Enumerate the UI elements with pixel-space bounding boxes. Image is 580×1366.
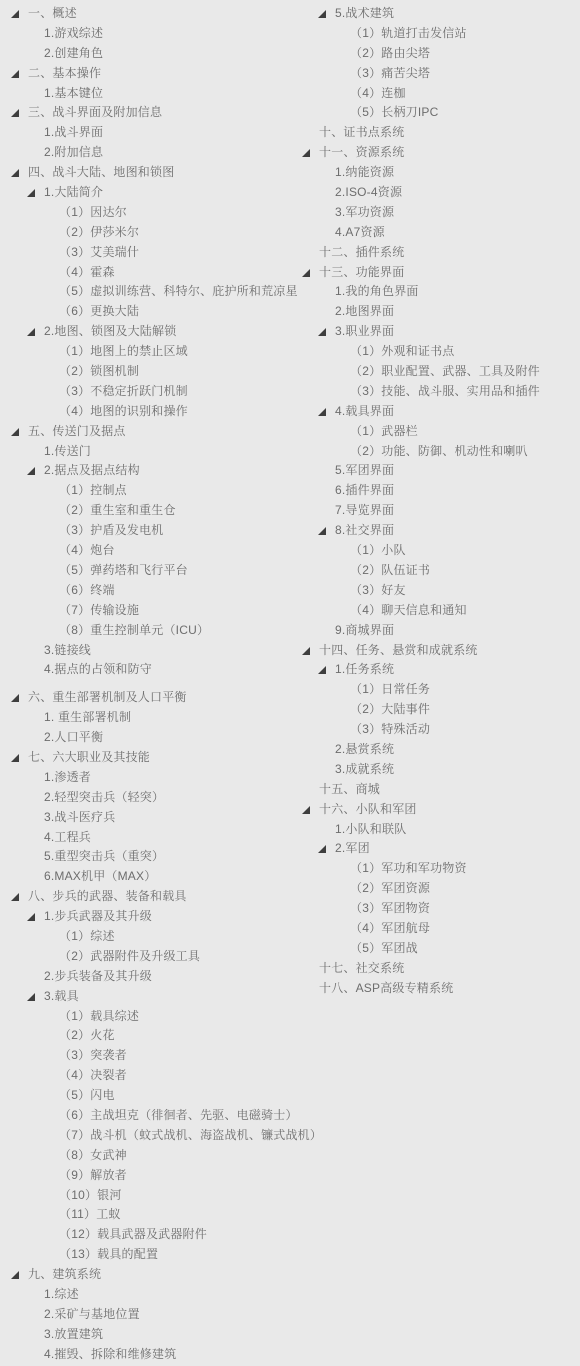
- tree-item[interactable]: 1.步兵武器及其升级: [0, 907, 322, 927]
- tree-item-label: （1）综述: [59, 929, 115, 943]
- tree-item-label: 十、证书点系统: [319, 125, 404, 139]
- tree-item[interactable]: 4.摧毁、拆除和维修建筑: [0, 1345, 322, 1365]
- expanded-triangle-icon[interactable]: [11, 694, 19, 702]
- tree-item[interactable]: 2.据点及据点结构: [0, 461, 322, 481]
- expanded-triangle-icon[interactable]: [27, 189, 35, 197]
- tree-item[interactable]: 3.成就系统: [291, 760, 540, 780]
- expanded-triangle-icon[interactable]: [318, 408, 326, 416]
- tree-item-label: （9）解放者: [59, 1168, 127, 1182]
- tree-item[interactable]: 1.综述: [0, 1285, 322, 1305]
- tree-item[interactable]: 3.载具: [0, 987, 322, 1007]
- tree-item[interactable]: （11）工蚁: [0, 1205, 322, 1225]
- tree-item-label: （3）好友: [350, 583, 406, 597]
- tree-item-label: 2.军团: [335, 841, 370, 855]
- tree-item-label: （1）日常任务: [350, 682, 430, 696]
- tree-item-label: 2.地图界面: [335, 304, 394, 318]
- tree-item[interactable]: 1.传送门: [0, 442, 322, 462]
- tree-item-label: 1.任务系统: [335, 662, 394, 676]
- tree-item-label: （1）轨道打击发信站: [350, 26, 467, 40]
- tree-item[interactable]: （4）连枷: [291, 84, 540, 104]
- tree-item[interactable]: （4）地图的识别和操作: [0, 402, 322, 422]
- tree-item-label: 3.成就系统: [335, 762, 394, 776]
- expanded-triangle-icon[interactable]: [27, 913, 35, 921]
- tree-item[interactable]: （5）军团战: [291, 939, 540, 959]
- tree-item-label: 1.纳能资源: [335, 165, 394, 179]
- expanded-triangle-icon[interactable]: [318, 845, 326, 853]
- expanded-triangle-icon[interactable]: [11, 70, 19, 78]
- tree-item-label: （3）技能、战斗服、实用品和插件: [350, 384, 540, 398]
- tree-item[interactable]: 1.渗透者: [0, 768, 322, 788]
- tree-item[interactable]: （2）大陆事件: [291, 700, 540, 720]
- tree-item-label: （11）工蚁: [59, 1207, 121, 1221]
- tree-item[interactable]: 2.轻型突击兵（轻突）: [0, 788, 322, 808]
- tree-item[interactable]: 八、步兵的武器、装备和载具: [0, 887, 322, 907]
- tree-item-label: （1）载具综述: [59, 1009, 139, 1023]
- tree-item[interactable]: 2.采矿与基地位置: [0, 1305, 322, 1325]
- tree-item[interactable]: 2.ISO-4资源: [291, 183, 540, 203]
- tree-item-label: 七、六大职业及其技能: [28, 750, 150, 764]
- tree-item-label: （4）军团航母: [350, 921, 430, 935]
- tree-item-label: （2）火花: [59, 1028, 115, 1042]
- tree-item-label: （1）武器栏: [350, 424, 418, 438]
- tree-item-label: 2.悬赏系统: [335, 742, 394, 756]
- tree-item-label: 4.A7资源: [335, 225, 385, 239]
- tree-item-label: 2.地图、锁图及大陆解锁: [44, 324, 176, 338]
- tree-item[interactable]: 3.链接线: [0, 641, 322, 661]
- tree-item-label: 四、战斗大陆、地图和锁图: [28, 165, 174, 179]
- tree-item-label: 1.基本键位: [44, 86, 103, 100]
- tree-item[interactable]: 十一、资源系统: [291, 143, 540, 163]
- tree-item-label: 7.导览界面: [335, 503, 394, 517]
- tree-item[interactable]: 1. 重生部署机制: [0, 708, 322, 728]
- tree-item[interactable]: 2.步兵装备及其升级: [0, 967, 322, 987]
- tree-item[interactable]: （2）军团资源: [291, 879, 540, 899]
- tree-item-label: 2.附加信息: [44, 145, 103, 159]
- tree-item[interactable]: （1）日常任务: [291, 680, 540, 700]
- tree-item-label: 1.游戏综述: [44, 26, 103, 40]
- tree-item-label: （1）小队: [350, 543, 406, 557]
- tree-item-label: （1）军功和军功物资: [350, 861, 467, 875]
- tree-item[interactable]: （4）决裂者: [0, 1066, 322, 1086]
- tree-item-label: （2）武器附件及升级工具: [59, 949, 200, 963]
- tree-item-label: （2）功能、防御、机动性和喇叭: [350, 444, 528, 458]
- tree-item[interactable]: 5.重型突击兵（重突）: [0, 847, 322, 867]
- tree-item[interactable]: （3）护盾及发电机: [0, 521, 322, 541]
- tree-item[interactable]: 1.任务系统: [291, 660, 540, 680]
- tree-item[interactable]: 6.MAX机甲（MAX）: [0, 867, 322, 887]
- tree-item-label: （10）银河: [59, 1188, 122, 1202]
- expanded-triangle-icon[interactable]: [11, 1271, 19, 1279]
- tree-item[interactable]: 十五、商城: [291, 780, 540, 800]
- tree-item[interactable]: 7.导览界面: [291, 501, 540, 521]
- tree-item[interactable]: （3）不稳定折跃门机制: [0, 382, 322, 402]
- tree-item-label: （2）锁图机制: [59, 364, 139, 378]
- tree-item[interactable]: （7）战斗机（蚊式战机、海盗战机、镰式战机）: [0, 1126, 322, 1146]
- tree-item-label: （3）艾美瑞什: [59, 245, 139, 259]
- tree-item-label: （7）战斗机（蚊式战机、海盗战机、镰式战机）: [59, 1128, 322, 1142]
- tree-item[interactable]: 1.小队和联队: [291, 820, 540, 840]
- tree-item-label: 6.MAX机甲（MAX）: [44, 869, 156, 883]
- tree-item-label: 2.步兵装备及其升级: [44, 969, 152, 983]
- bookmarks-panel: 一、概述1.游戏综述2.创建角色二、基本操作1.基本键位三、战斗界面及附加信息1…: [0, 0, 580, 1366]
- tree-item[interactable]: （8）重生控制单元（ICU）: [0, 621, 322, 641]
- tree-item[interactable]: （2）火花: [0, 1026, 322, 1046]
- tree-item[interactable]: 十三、功能界面: [291, 263, 540, 283]
- expanded-triangle-icon[interactable]: [11, 10, 19, 18]
- tree-item[interactable]: （1）小队: [291, 541, 540, 561]
- tree-item[interactable]: （6）主战坦克（徘徊者、先驱、电磁骑士）: [0, 1106, 322, 1126]
- expanded-triangle-icon[interactable]: [318, 527, 326, 535]
- tree-item[interactable]: 十八、ASP高级专精系统: [291, 979, 540, 999]
- tree-item-label: 5.战术建筑: [335, 6, 394, 20]
- tree-item-label: 1. 重生部署机制: [44, 710, 131, 724]
- tree-item[interactable]: 5.战术建筑: [291, 4, 540, 24]
- tree-item[interactable]: 二、基本操作: [0, 64, 322, 84]
- tree-item[interactable]: （1）外观和证书点: [291, 342, 540, 362]
- tree-item[interactable]: 十四、任务、悬赏和成就系统: [291, 641, 540, 661]
- tree-item[interactable]: 一、概述: [0, 4, 322, 24]
- tree-item[interactable]: 十、证书点系统: [291, 123, 540, 143]
- tree-item[interactable]: （3）特殊活动: [291, 720, 540, 740]
- tree-item-label: 3.载具: [44, 989, 79, 1003]
- tree-item[interactable]: 九、建筑系统: [0, 1265, 322, 1285]
- tree-item[interactable]: 8.社交界面: [291, 521, 540, 541]
- tree-item[interactable]: （1）轨道打击发信站: [291, 24, 540, 44]
- tree-item-label: （2）大陆事件: [350, 702, 430, 716]
- toc-column-1: 一、概述1.游戏综述2.创建角色二、基本操作1.基本键位三、战斗界面及附加信息1…: [0, 4, 322, 1365]
- tree-item[interactable]: 五、传送门及据点: [0, 422, 322, 442]
- tree-item-label: （8）女武神: [59, 1148, 127, 1162]
- tree-item[interactable]: （13）载具的配置: [0, 1245, 322, 1265]
- tree-item-label: 3.职业界面: [335, 324, 394, 338]
- tree-item-label: （6）更换大陆: [59, 304, 139, 318]
- tree-item[interactable]: 3.职业界面: [291, 322, 540, 342]
- tree-item[interactable]: （2）职业配置、武器、工具及附件: [291, 362, 540, 382]
- tree-item[interactable]: 2.军团: [291, 839, 540, 859]
- tree-item[interactable]: 1.我的角色界面: [291, 282, 540, 302]
- tree-item[interactable]: 3.军功资源: [291, 203, 540, 223]
- tree-item[interactable]: 4.载具界面: [291, 402, 540, 422]
- tree-item[interactable]: 2.人口平衡: [0, 728, 322, 748]
- tree-item-label: 4.据点的占领和防守: [44, 662, 152, 676]
- tree-item-label: （5）闪电: [59, 1088, 115, 1102]
- tree-item-label: （8）重生控制单元（ICU）: [59, 623, 209, 637]
- tree-item-label: （3）突袭者: [59, 1048, 127, 1062]
- tree-item[interactable]: （2）队伍证书: [291, 561, 540, 581]
- expanded-triangle-icon[interactable]: [318, 10, 326, 18]
- tree-item[interactable]: （1）武器栏: [291, 422, 540, 442]
- tree-item-label: （4）决裂者: [59, 1068, 127, 1082]
- tree-item-label: 3.链接线: [44, 643, 91, 657]
- expanded-triangle-icon[interactable]: [318, 328, 326, 336]
- tree-item-label: 2.轻型突击兵（轻突）: [44, 790, 164, 804]
- tree-item-label: 十五、商城: [319, 782, 380, 796]
- tree-item-label: 一、概述: [28, 6, 77, 20]
- tree-item[interactable]: （1）地图上的禁止区域: [0, 342, 322, 362]
- tree-item-label: （13）载具的配置: [59, 1247, 158, 1261]
- tree-item-label: （4）炮台: [59, 543, 115, 557]
- tree-item[interactable]: 十六、小队和军团: [291, 800, 540, 820]
- tree-item-label: 六、重生部署机制及人口平衡: [28, 690, 187, 704]
- tree-item[interactable]: 2.创建角色: [0, 44, 322, 64]
- tree-item-label: （7）传输设施: [59, 603, 139, 617]
- tree-item-label: （1）外观和证书点: [350, 344, 454, 358]
- tree-item-label: 4.摧毁、拆除和维修建筑: [44, 1347, 176, 1361]
- tree-item[interactable]: （2）武器附件及升级工具: [0, 947, 322, 967]
- tree-item[interactable]: 9.商城界面: [291, 621, 540, 641]
- tree-item-label: 4.工程兵: [44, 830, 91, 844]
- tree-item-label: 十八、ASP高级专精系统: [319, 981, 453, 995]
- tree-item-label: 2.采矿与基地位置: [44, 1307, 140, 1321]
- tree-item[interactable]: 1.游戏综述: [0, 24, 322, 44]
- tree-item-label: （2）重生室和重生仓: [59, 503, 176, 517]
- tree-item-label: （4）聊天信息和通知: [350, 603, 467, 617]
- tree-item-label: （1）因达尔: [59, 205, 127, 219]
- tree-item[interactable]: （3）军团物资: [291, 899, 540, 919]
- tree-item-label: 5.军团界面: [335, 463, 394, 477]
- tree-item[interactable]: （8）女武神: [0, 1146, 322, 1166]
- tree-item[interactable]: （12）载具武器及武器附件: [0, 1225, 322, 1245]
- tree-item-label: （3）痛苦尖塔: [350, 66, 430, 80]
- tree-item-label: （5）军团战: [350, 941, 418, 955]
- tree-item-label: 3.军功资源: [335, 205, 394, 219]
- tree-item-label: 1.渗透者: [44, 770, 91, 784]
- tree-item[interactable]: 2.地图界面: [291, 302, 540, 322]
- tree-item[interactable]: （4）霍森: [0, 263, 322, 283]
- tree-item[interactable]: 六、重生部署机制及人口平衡: [0, 688, 322, 708]
- tree-item-label: 2.ISO-4资源: [335, 185, 402, 199]
- tree-item[interactable]: （4）聊天信息和通知: [291, 601, 540, 621]
- expanded-triangle-icon[interactable]: [302, 647, 310, 655]
- expanded-triangle-icon[interactable]: [302, 149, 310, 157]
- tree-item-label: （3）不稳定折跃门机制: [59, 384, 188, 398]
- tree-item-label: 1.战斗界面: [44, 125, 103, 139]
- tree-item[interactable]: 三、战斗界面及附加信息: [0, 103, 322, 123]
- expanded-triangle-icon[interactable]: [318, 666, 326, 674]
- tree-item-label: 五、传送门及据点: [28, 424, 126, 438]
- tree-item[interactable]: 4.工程兵: [0, 828, 322, 848]
- tree-item[interactable]: （3）技能、战斗服、实用品和插件: [291, 382, 540, 402]
- tree-item-label: 3.放置建筑: [44, 1327, 103, 1341]
- tree-item-label: 2.创建角色: [44, 46, 103, 60]
- tree-item-label: 1.小队和联队: [335, 822, 406, 836]
- tree-item-label: 1.步兵武器及其升级: [44, 909, 152, 923]
- toc-column-2: 5.战术建筑（1）轨道打击发信站（2）路由尖塔（3）痛苦尖塔（4）连枷（5）长柄…: [291, 4, 540, 999]
- tree-item[interactable]: 十二、插件系统: [291, 243, 540, 263]
- tree-item[interactable]: 5.军团界面: [291, 461, 540, 481]
- tree-item-label: （1）控制点: [59, 483, 127, 497]
- tree-item[interactable]: （3）好友: [291, 581, 540, 601]
- tree-item[interactable]: （1）因达尔: [0, 203, 322, 223]
- tree-item-label: 十四、任务、悬赏和成就系统: [319, 643, 478, 657]
- tree-item-label: （3）特殊活动: [350, 722, 430, 736]
- tree-item[interactable]: （10）银河: [0, 1186, 322, 1206]
- tree-item-label: （2）军团资源: [350, 881, 430, 895]
- tree-item-label: 6.插件界面: [335, 483, 394, 497]
- tree-item[interactable]: 1.战斗界面: [0, 123, 322, 143]
- tree-item[interactable]: 6.插件界面: [291, 481, 540, 501]
- tree-item-label: （5）弹药塔和飞行平台: [59, 563, 188, 577]
- tree-item-label: （4）地图的识别和操作: [59, 404, 188, 418]
- expanded-triangle-icon[interactable]: [11, 169, 19, 177]
- tree-item-label: 九、建筑系统: [28, 1267, 101, 1281]
- tree-item[interactable]: （2）路由尖塔: [291, 44, 540, 64]
- tree-item-label: （5）长柄刀IPC: [350, 105, 438, 119]
- tree-item-label: 9.商城界面: [335, 623, 394, 637]
- tree-item-label: 二、基本操作: [28, 66, 101, 80]
- tree-item[interactable]: 1.纳能资源: [291, 163, 540, 183]
- tree-item-label: 1.综述: [44, 1287, 79, 1301]
- expanded-triangle-icon[interactable]: [11, 754, 19, 762]
- tree-item[interactable]: 3.战斗医疗兵: [0, 808, 322, 828]
- tree-item-label: （2）队伍证书: [350, 563, 430, 577]
- tree-item[interactable]: （9）解放者: [0, 1166, 322, 1186]
- tree-item[interactable]: （2）伊莎米尔: [0, 223, 322, 243]
- tree-item-label: （2）伊莎米尔: [59, 225, 139, 239]
- expanded-triangle-icon[interactable]: [302, 269, 310, 277]
- tree-item[interactable]: （1）综述: [0, 927, 322, 947]
- expanded-triangle-icon[interactable]: [27, 467, 35, 475]
- tree-item[interactable]: 1.大陆简介: [0, 183, 322, 203]
- tree-item-label: 十二、插件系统: [319, 245, 404, 259]
- tree-item-label: 3.战斗医疗兵: [44, 810, 115, 824]
- tree-item[interactable]: （5）长柄刀IPC: [291, 103, 540, 123]
- tree-item[interactable]: （6）终端: [0, 581, 322, 601]
- tree-item-label: 1.我的角色界面: [335, 284, 419, 298]
- tree-item[interactable]: 3.放置建筑: [0, 1325, 322, 1345]
- tree-item-label: 十三、功能界面: [319, 265, 404, 279]
- tree-item-label: （1）地图上的禁止区域: [59, 344, 188, 358]
- tree-item-label: 2.据点及据点结构: [44, 463, 140, 477]
- tree-item-label: 8.社交界面: [335, 523, 394, 537]
- tree-item[interactable]: （3）突袭者: [0, 1046, 322, 1066]
- tree-item[interactable]: （4）炮台: [0, 541, 322, 561]
- tree-item[interactable]: 2.地图、锁图及大陆解锁: [0, 322, 322, 342]
- tree-item[interactable]: 4.A7资源: [291, 223, 540, 243]
- tree-item[interactable]: （3）艾美瑞什: [0, 243, 322, 263]
- tree-item[interactable]: （2）功能、防御、机动性和喇叭: [291, 442, 540, 462]
- tree-item[interactable]: 四、战斗大陆、地图和锁图: [0, 163, 322, 183]
- tree-item-label: 1.传送门: [44, 444, 91, 458]
- tree-item[interactable]: 1.基本键位: [0, 84, 322, 104]
- tree-item[interactable]: 2.悬赏系统: [291, 740, 540, 760]
- expanded-triangle-icon[interactable]: [27, 328, 35, 336]
- tree-item-label: 三、战斗界面及附加信息: [28, 105, 162, 119]
- tree-item-label: 十七、社交系统: [319, 961, 404, 975]
- expanded-triangle-icon[interactable]: [11, 893, 19, 901]
- tree-item-label: （5）虚拟训练营、科特尔、庇护所和荒凉星: [59, 284, 298, 298]
- tree-item-label: （2）职业配置、武器、工具及附件: [350, 364, 540, 378]
- tree-item[interactable]: （5）虚拟训练营、科特尔、庇护所和荒凉星: [0, 282, 322, 302]
- expanded-triangle-icon[interactable]: [27, 993, 35, 1001]
- tree-item-label: （12）载具武器及武器附件: [59, 1227, 207, 1241]
- tree-item[interactable]: 2.附加信息: [0, 143, 322, 163]
- tree-item[interactable]: （2）锁图机制: [0, 362, 322, 382]
- tree-item[interactable]: （7）传输设施: [0, 601, 322, 621]
- tree-item-label: （4）霍森: [59, 265, 115, 279]
- tree-item-label: （2）路由尖塔: [350, 46, 430, 60]
- tree-item-label: （6）终端: [59, 583, 115, 597]
- tree-item-label: 1.大陆简介: [44, 185, 103, 199]
- expanded-triangle-icon[interactable]: [302, 806, 310, 814]
- tree-item-label: （3）军团物资: [350, 901, 430, 915]
- tree-item-label: 十六、小队和军团: [319, 802, 417, 816]
- tree-item-label: 2.人口平衡: [44, 730, 103, 744]
- tree-item[interactable]: （2）重生室和重生仓: [0, 501, 322, 521]
- expanded-triangle-icon[interactable]: [11, 109, 19, 117]
- tree-item[interactable]: （3）痛苦尖塔: [291, 64, 540, 84]
- tree-item-label: （3）护盾及发电机: [59, 523, 163, 537]
- expanded-triangle-icon[interactable]: [11, 428, 19, 436]
- tree-item-label: 4.载具界面: [335, 404, 394, 418]
- tree-item[interactable]: （6）更换大陆: [0, 302, 322, 322]
- tree-item[interactable]: （1）载具综述: [0, 1007, 322, 1027]
- tree-item[interactable]: （5）弹药塔和飞行平台: [0, 561, 322, 581]
- tree-item-label: （6）主战坦克（徘徊者、先驱、电磁骑士）: [59, 1108, 298, 1122]
- tree-item[interactable]: （4）军团航母: [291, 919, 540, 939]
- tree-item-label: （4）连枷: [350, 86, 406, 100]
- tree-item-label: 5.重型突击兵（重突）: [44, 849, 164, 863]
- tree-item[interactable]: 4.据点的占领和防守: [0, 660, 322, 680]
- tree-item[interactable]: 七、六大职业及其技能: [0, 748, 322, 768]
- tree-item-label: 十一、资源系统: [319, 145, 404, 159]
- tree-item[interactable]: （5）闪电: [0, 1086, 322, 1106]
- tree-item[interactable]: （1）军功和军功物资: [291, 859, 540, 879]
- tree-item-label: 八、步兵的武器、装备和载具: [28, 889, 187, 903]
- tree-item[interactable]: （1）控制点: [0, 481, 322, 501]
- tree-item[interactable]: 十七、社交系统: [291, 959, 540, 979]
